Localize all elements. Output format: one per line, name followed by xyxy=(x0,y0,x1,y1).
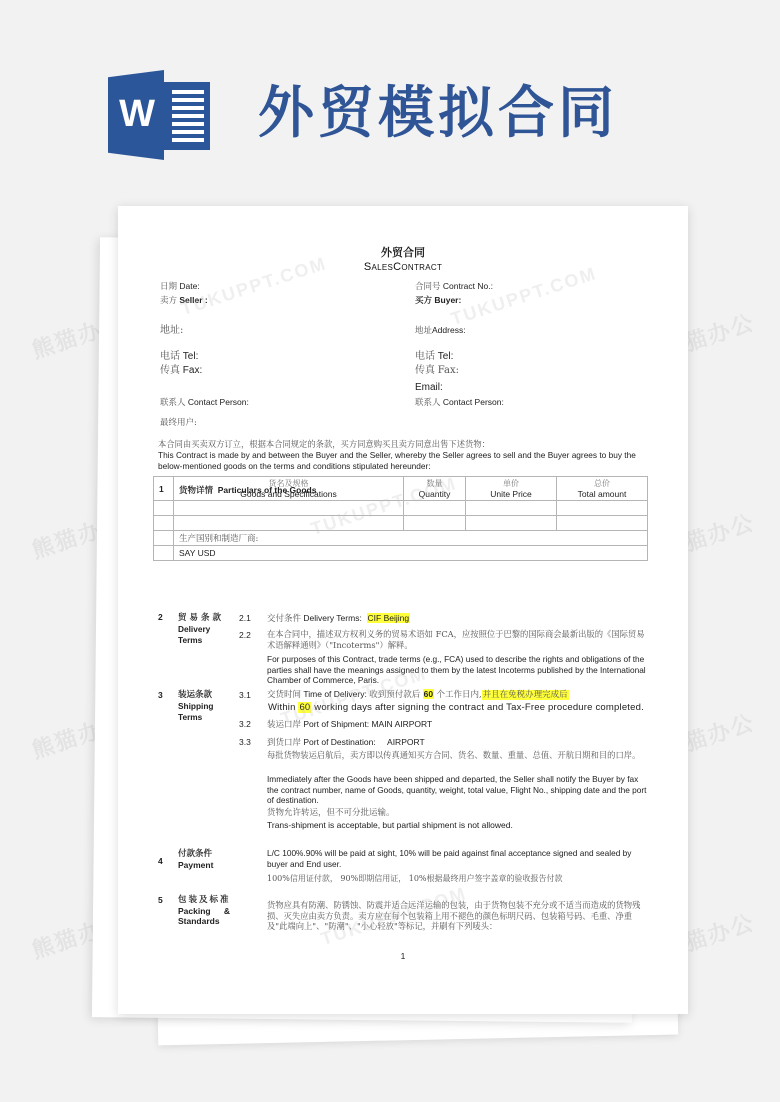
payment-terms-en: L/C 100%.90% will be paid at sight, 10% … xyxy=(267,848,649,869)
banner: W 外贸模拟合同 xyxy=(0,0,780,190)
seller-contact-field: 联系人 Contact Person: xyxy=(160,397,249,409)
unit-price-header-cell: 单价Unite Price xyxy=(466,477,557,501)
say-row: SAY USD xyxy=(154,546,648,561)
item-2-2-number: 2.2 xyxy=(239,630,251,641)
incoterms-cn: 在本合同中，描述双方权利义务的贸易术语如 FCA，应按照位于巴黎的国际商会最新出… xyxy=(267,629,647,650)
delivery-terms-line: 交付条件 Delivery Terms: CIF Beijing xyxy=(267,613,410,625)
goods-header-cell: 货名及规格 Goods and Specifications 货物详情 Part… xyxy=(174,477,404,501)
table-header-row: 1 货名及规格 Goods and Specifications 货物详情 Pa… xyxy=(154,477,648,501)
document-page: 外贸合同 SalesContract 日期 Date: 卖方 Seller : … xyxy=(118,206,688,1014)
contract-number-field: 合同号 Contract No.: xyxy=(415,281,493,293)
buyer-email-field: Email: xyxy=(415,381,443,394)
shipping-notice-en: Immediately after the Goods have been sh… xyxy=(267,774,649,806)
logo-letter: W xyxy=(114,92,160,136)
time-of-delivery-en: Within 60 working days after signing the… xyxy=(268,702,644,713)
item-3-2-number: 3.2 xyxy=(239,719,251,730)
transshipment-cn: 货物允许转运，但不可分批运输。 xyxy=(267,808,395,819)
buyer-tel-field: 电话 Tel: xyxy=(415,350,453,363)
buyer-field: 买方 Buyer: xyxy=(415,295,461,307)
section-3-title-en: Shipping Terms xyxy=(178,701,228,722)
section-4-title-cn: 付款条件 xyxy=(178,849,212,860)
seller-field: 卖方 Seller : xyxy=(160,295,208,307)
document-title-en: SalesContract xyxy=(118,262,688,273)
section-2-number: 2 xyxy=(158,612,163,623)
banner-title: 外贸模拟合同 xyxy=(258,78,618,148)
intro-en: This Contract is made by and between the… xyxy=(158,450,658,471)
payment-terms-cn: 100%信用证付款， 90%即期信用证， 10%根据最终用户签字盖章的验收报告付… xyxy=(267,873,563,884)
transshipment-en: Trans-shipment is acceptable, but partia… xyxy=(267,820,513,831)
seller-tel-field: 电话 Tel: xyxy=(160,350,198,363)
section-4-title-en: Payment xyxy=(178,860,213,871)
section-2-title-en: Delivery Terms xyxy=(178,624,228,645)
delivery-terms-value: CIF Beijing xyxy=(367,613,411,623)
word-document-icon: W xyxy=(108,68,212,162)
table-row xyxy=(154,501,648,516)
incoterms-en: For purposes of this Contract, trade ter… xyxy=(267,654,647,686)
buyer-address-field: 地址Address: xyxy=(415,325,466,337)
seller-address-field: 地址: xyxy=(160,324,183,337)
particulars-label: 货物详情 Particulars of the Goods xyxy=(179,484,316,496)
section-number: 1 xyxy=(154,477,174,501)
port-of-shipment-line: 装运口岸 Port of Shipment: MAIN AIRPORT xyxy=(267,719,432,731)
total-amount-header-cell: 总价Total amount xyxy=(557,477,648,501)
item-3-1-number: 3.1 xyxy=(239,690,251,701)
time-of-delivery-cn: 交货时间 Time of Delivery: 收到预付款后 60 个工作日内,并… xyxy=(267,689,569,701)
document-title-cn: 外贸合同 xyxy=(118,247,688,258)
watermark: TUKUPPT.COM xyxy=(448,263,599,330)
page-number: 1 xyxy=(118,951,688,962)
section-3-number: 3 xyxy=(158,690,163,701)
intro-cn: 本合同由买卖双方订立，根据本合同规定的条款，买方同意购买且卖方同意出售下述货物： xyxy=(158,439,658,450)
port-of-destination-line: 到货口岸 Port of Destination: AIRPORT xyxy=(267,737,425,749)
goods-table: 1 货名及规格 Goods and Specifications 货物详情 Pa… xyxy=(153,476,648,561)
say-usd-label: SAY USD xyxy=(174,546,648,561)
item-3-3-number: 3.3 xyxy=(239,737,251,748)
buyer-fax-field: 传真 Fax: xyxy=(415,364,459,377)
section-4-number: 4 xyxy=(158,856,163,867)
quantity-header-cell: 数量Quantity xyxy=(404,477,466,501)
section-5-title-cn: 包装及标准 xyxy=(178,895,231,906)
packing-text-cn: 货物应具有防潮、防锈蚀、防震并适合远洋运输的包装，由于货物包装不充分或不适当而造… xyxy=(267,900,649,932)
date-field: 日期 Date: xyxy=(160,281,200,293)
item-2-1-number: 2.1 xyxy=(239,613,251,624)
section-2-title-cn: 贸易条款 xyxy=(178,613,224,624)
seller-fax-field: 传真 Fax: xyxy=(160,364,202,377)
buyer-contact-field: 联系人 Contact Person: xyxy=(415,397,504,409)
origin-row: 生产国别和制造厂商: xyxy=(154,531,648,546)
section-5-title-en-b: Standards xyxy=(178,916,220,927)
table-row xyxy=(154,516,648,531)
section-5-number: 5 xyxy=(158,895,163,906)
shipping-notice-cn: 每批货物装运启航后，卖方即以传真通知买方合同、货名、数量、重量、总值、开航日期和… xyxy=(267,750,647,761)
origin-label: 生产国别和制造厂商: xyxy=(174,531,648,546)
section-3-title-cn: 装运条款 xyxy=(178,690,212,701)
document-lines-icon xyxy=(164,82,210,150)
end-user-field: 最终用户: xyxy=(160,418,197,429)
